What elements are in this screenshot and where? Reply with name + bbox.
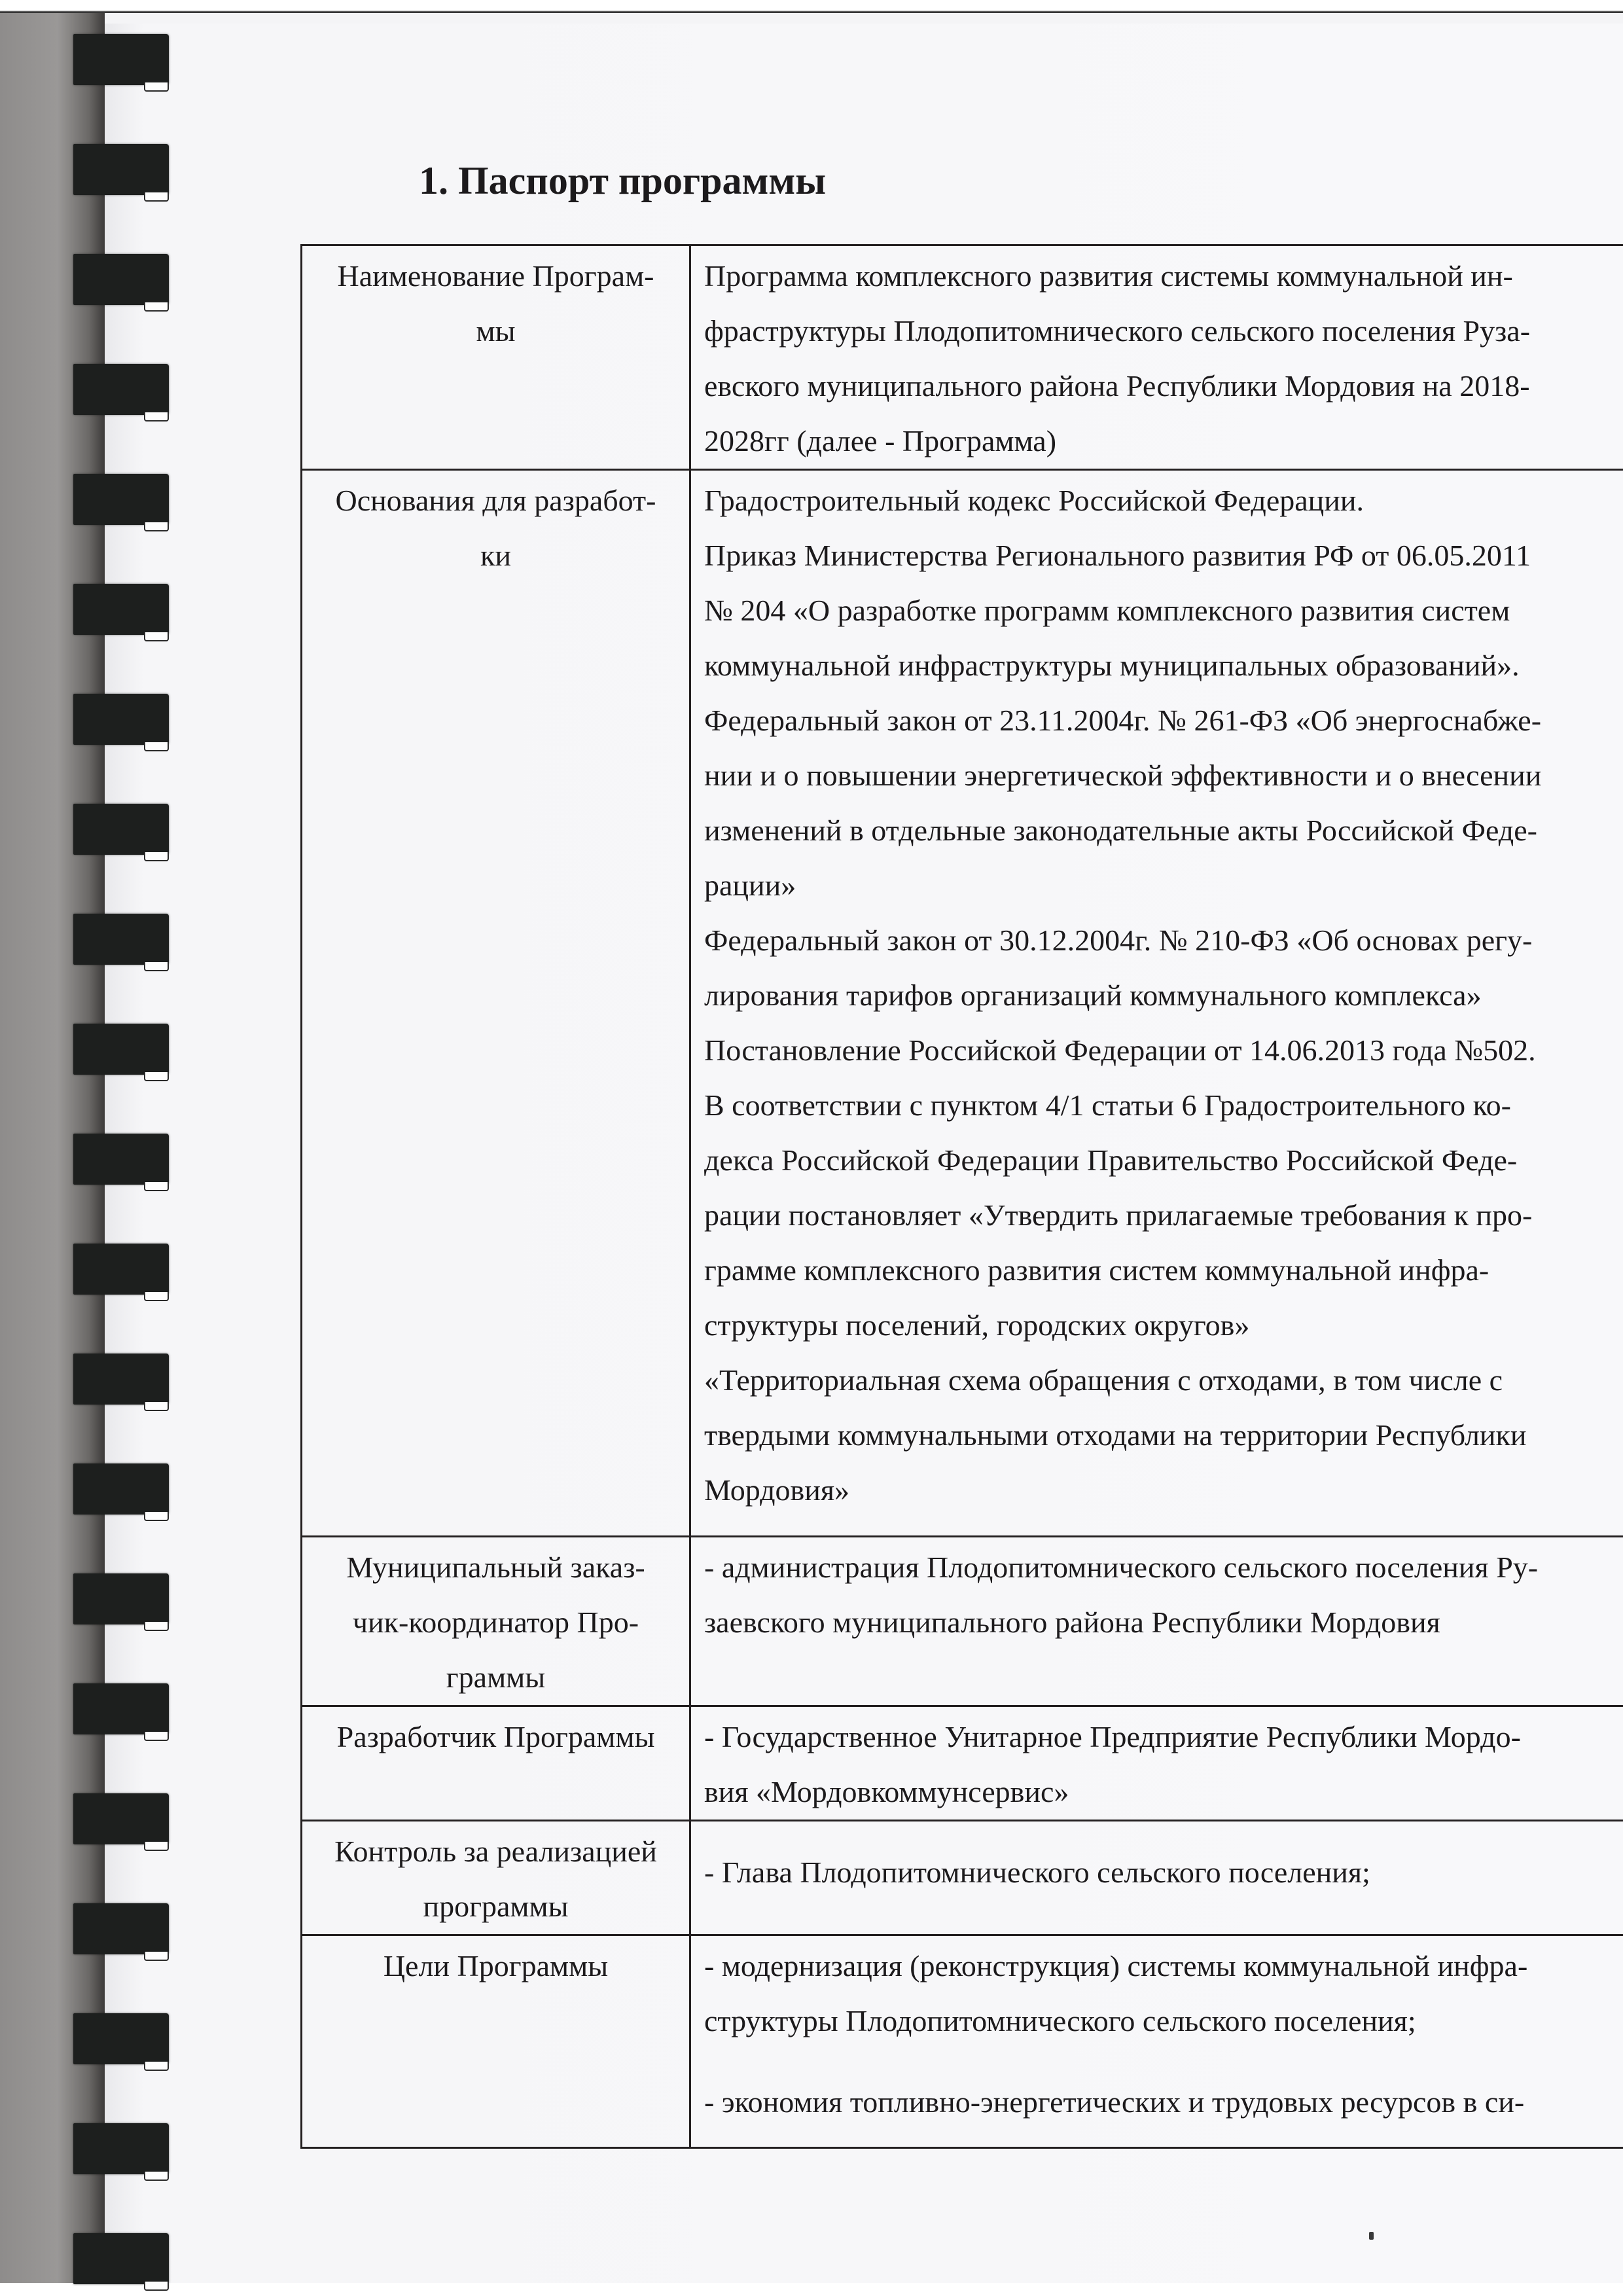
program-passport-table: Наименование Програм- мы Программа компл… [300, 244, 1623, 2149]
binding-comb-tab [73, 144, 169, 195]
table-row-developer: Разработчик Программы - Государственное … [302, 1706, 1623, 1821]
table-row-program-name: Наименование Програм- мы Программа компл… [302, 245, 1623, 470]
binding-comb-tab [73, 1903, 169, 1954]
table-row-control: Контроль за реализацией программы - Глав… [302, 1821, 1623, 1935]
scanner-bottom-edge [0, 2283, 1623, 2296]
row-label: Наименование Програм- мы [302, 245, 690, 470]
row-label: Разработчик Программы [302, 1706, 690, 1821]
row-value: - Государственное Унитарное Предприятие … [690, 1706, 1623, 1821]
binding-comb-tab [73, 34, 169, 85]
binding-comb-tab [73, 1024, 169, 1075]
row-value: - администрация Плодопитомнического сель… [690, 1537, 1623, 1706]
row-label: Основания для разработ- ки [302, 470, 690, 1537]
table-row-goals: Цели Программы - модернизация (реконстру… [302, 1935, 1623, 2148]
binding-comb-tab [73, 2233, 169, 2284]
binding-comb-tab [73, 1463, 169, 1515]
section-title: 1. Паспорт программы [419, 158, 826, 204]
table-row-municipal-customer: Муниципальный заказ- чик-координатор Про… [302, 1537, 1623, 1706]
binding-comb-tab [73, 804, 169, 855]
binding-comb-tab [73, 1793, 169, 1844]
binding-comb-tab [73, 1354, 169, 1405]
row-value: Программа комплексного развития системы … [690, 245, 1623, 470]
row-label: Контроль за реализацией программы [302, 1821, 690, 1935]
binding-comb-tab [73, 2013, 169, 2064]
row-value: Градостроительный кодекс Российской Феде… [690, 470, 1623, 1537]
binding-comb-tab [73, 2123, 169, 2174]
binding-comb-tab [73, 1244, 169, 1295]
scanner-top-edge [0, 0, 1623, 13]
binding-comb-tab [73, 1134, 169, 1185]
page-mark [1369, 2232, 1374, 2240]
table-row-development-basis: Основания для разработ- ки Градостроител… [302, 470, 1623, 1537]
row-value: - Глава Плодопитомнического сельского по… [690, 1821, 1623, 1935]
binding-comb-tab [73, 364, 169, 415]
binding-comb-tab [73, 694, 169, 745]
binding-comb-tab [73, 914, 169, 965]
row-value: - модернизация (реконструкция) системы к… [690, 1935, 1623, 2148]
row-label: Муниципальный заказ- чик-координатор Про… [302, 1537, 690, 1706]
binding-comb-tab [73, 254, 169, 305]
binding-comb-tab [73, 1573, 169, 1624]
binding-comb-tab [73, 474, 169, 525]
binding-comb-tab [73, 584, 169, 635]
row-label: Цели Программы [302, 1935, 690, 2148]
binding-comb-tab [73, 1683, 169, 1734]
